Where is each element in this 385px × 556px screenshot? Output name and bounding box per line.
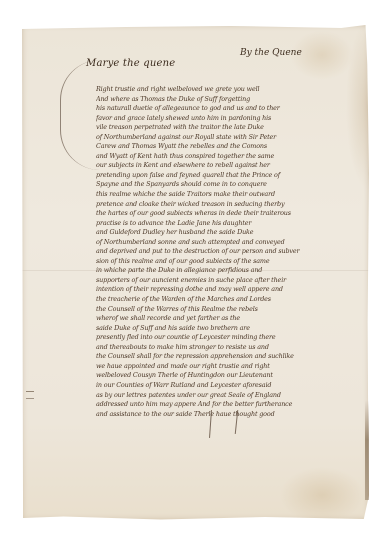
margin-annotation-mark <box>26 391 34 399</box>
text-line: the Counsell shall for the repression ap… <box>96 352 358 362</box>
text-line: of Northumberland sonne and such attempt… <box>96 238 358 248</box>
text-line: sion of this realme and of our good subi… <box>96 257 358 267</box>
text-line: his naturall duetie of allegeaunce to go… <box>96 104 358 114</box>
heading-royal-signature: Marye the quene <box>86 58 175 69</box>
letter-body: Right trustie and right welbeloved we gr… <box>96 85 358 419</box>
text-line: addressed unto him may appere And for th… <box>96 400 358 410</box>
text-line: pretending upon false and feyned quarell… <box>96 171 358 181</box>
text-line: Carew and Thomas Wyatt the rebelles and … <box>96 142 358 152</box>
text-line: our subjects in Kent and elsewhere to re… <box>96 161 358 171</box>
text-line: we haue appointed and made our right tru… <box>96 362 358 372</box>
text-line: the hartes of our good subiects wheras i… <box>96 209 358 219</box>
text-line: practise is to advance the Ladie Jane hi… <box>96 219 358 229</box>
text-line: welbeloved Cousyn Therle of Huntingdon o… <box>96 371 358 381</box>
worn-edge <box>365 400 369 500</box>
text-line: favor and grace lately shewed unto him i… <box>96 114 358 124</box>
text-line: saide Duke of Suff and his saide two bre… <box>96 324 358 334</box>
text-line: the treacherie of the Warden of the Marc… <box>96 295 358 305</box>
text-line: intention of their repressing dothe and … <box>96 285 358 295</box>
superscription-by-the-quene: By the Quene <box>240 48 302 58</box>
text-line: Spayne and the Spanyards should come in … <box>96 180 358 190</box>
text-line: and Wyatt of Kent hath thus conspired to… <box>96 152 358 162</box>
text-line: vile treason perpetrated with the traito… <box>96 123 358 133</box>
text-line: the Counsell of the Warres of this Realm… <box>96 305 358 315</box>
text-line: this realme whiche the saide Traitors ma… <box>96 190 358 200</box>
text-line: and thereabouts to make him stronger to … <box>96 343 358 353</box>
text-line: and assistance to the our saide Therle h… <box>96 410 358 420</box>
text-line: in our Counties of Warr Rutland and Leyc… <box>96 381 358 391</box>
text-line: And where as Thomas the Duke of Suff for… <box>96 95 358 105</box>
text-line: of Northumberland against our Royall sta… <box>96 133 358 143</box>
text-line: supporters of our auncient enemies in su… <box>96 276 358 286</box>
text-line: pretence and cloake their wicked treason… <box>96 200 358 210</box>
text-line: Right trustie and right welbeloved we gr… <box>96 85 358 95</box>
text-line: presently fled into our countie of Leyce… <box>96 333 358 343</box>
text-line: and Guldeford Dudley her husband the sai… <box>96 228 358 238</box>
text-line: as by our lettres patentes under our gre… <box>96 391 358 401</box>
text-line: and deprived and put to the destruction … <box>96 247 358 257</box>
text-line: wherof we shall recorde and yet farther … <box>96 314 358 324</box>
text-line: in whiche parte the Duke in allegiance p… <box>96 266 358 276</box>
